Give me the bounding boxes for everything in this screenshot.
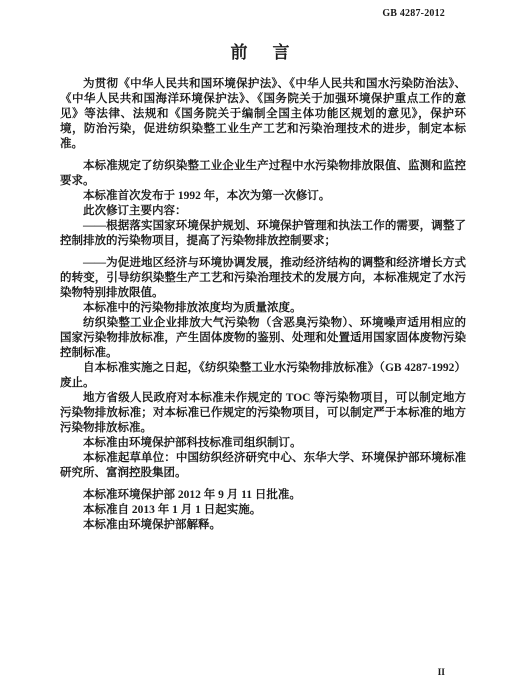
paragraph: ——为促进地区经济与环境协调发展，推动经济结构的调整和经济增长方式的转变，引导纺…: [60, 256, 466, 301]
paragraph: 本标准由环境保护部解释。: [60, 518, 466, 533]
paragraph: 地方省级人民政府对本标准未作规定的 TOC 等污染物项目，可以制定地方污染物排放…: [60, 391, 466, 436]
paragraph: 本标准规定了纺织染整工业企业生产过程中水污染物排放限值、监测和监控要求。: [60, 159, 466, 189]
document-page: GB 4287-2012 前 言 为贯彻《中华人民共和国环境保护法》、《中华人民…: [0, 0, 520, 695]
paragraph: 为贯彻《中华人民共和国环境保护法》、《中华人民共和国水污染防治法》、《中华人民共…: [60, 77, 466, 152]
paragraph: 本标准中的污染物排放浓度均为质量浓度。: [60, 301, 466, 316]
paragraph: 本标准环境保护部 2012 年 9 月 11 日批准。: [60, 488, 466, 503]
foreword-body: 为贯彻《中华人民共和国环境保护法》、《中华人民共和国水污染防治法》、《中华人民共…: [60, 77, 466, 533]
paragraph: 本标准首次发布于 1992 年，本次为第一次修订。: [60, 189, 466, 204]
paragraph: ——根据落实国家环境保护规划、环境保护管理和执法工作的需要，调整了控制排放的污染…: [60, 219, 466, 249]
paragraph: 本标准自 2013 年 1 月 1 日起实施。: [60, 503, 466, 518]
paragraph: 本标准由环境保护部科技标准司组织制订。: [60, 436, 466, 451]
paragraph: 纺织染整工业企业排放大气污染物（含恶臭污染物）、环境噪声适用相应的国家污染物排放…: [60, 316, 466, 361]
page-number: II: [438, 668, 445, 678]
standard-code: GB 4287-2012: [382, 8, 445, 19]
paragraph: 此次修订主要内容：: [60, 204, 466, 219]
paragraph: 本标准起草单位：中国纺织经济研究中心、东华大学、环境保护部环境标准研究所、富润控…: [60, 451, 466, 481]
paragraph: 自本标准实施之日起，《纺织染整工业水污染物排放标准》（GB 4287-1992）…: [60, 361, 466, 391]
page-title: 前 言: [0, 38, 520, 63]
